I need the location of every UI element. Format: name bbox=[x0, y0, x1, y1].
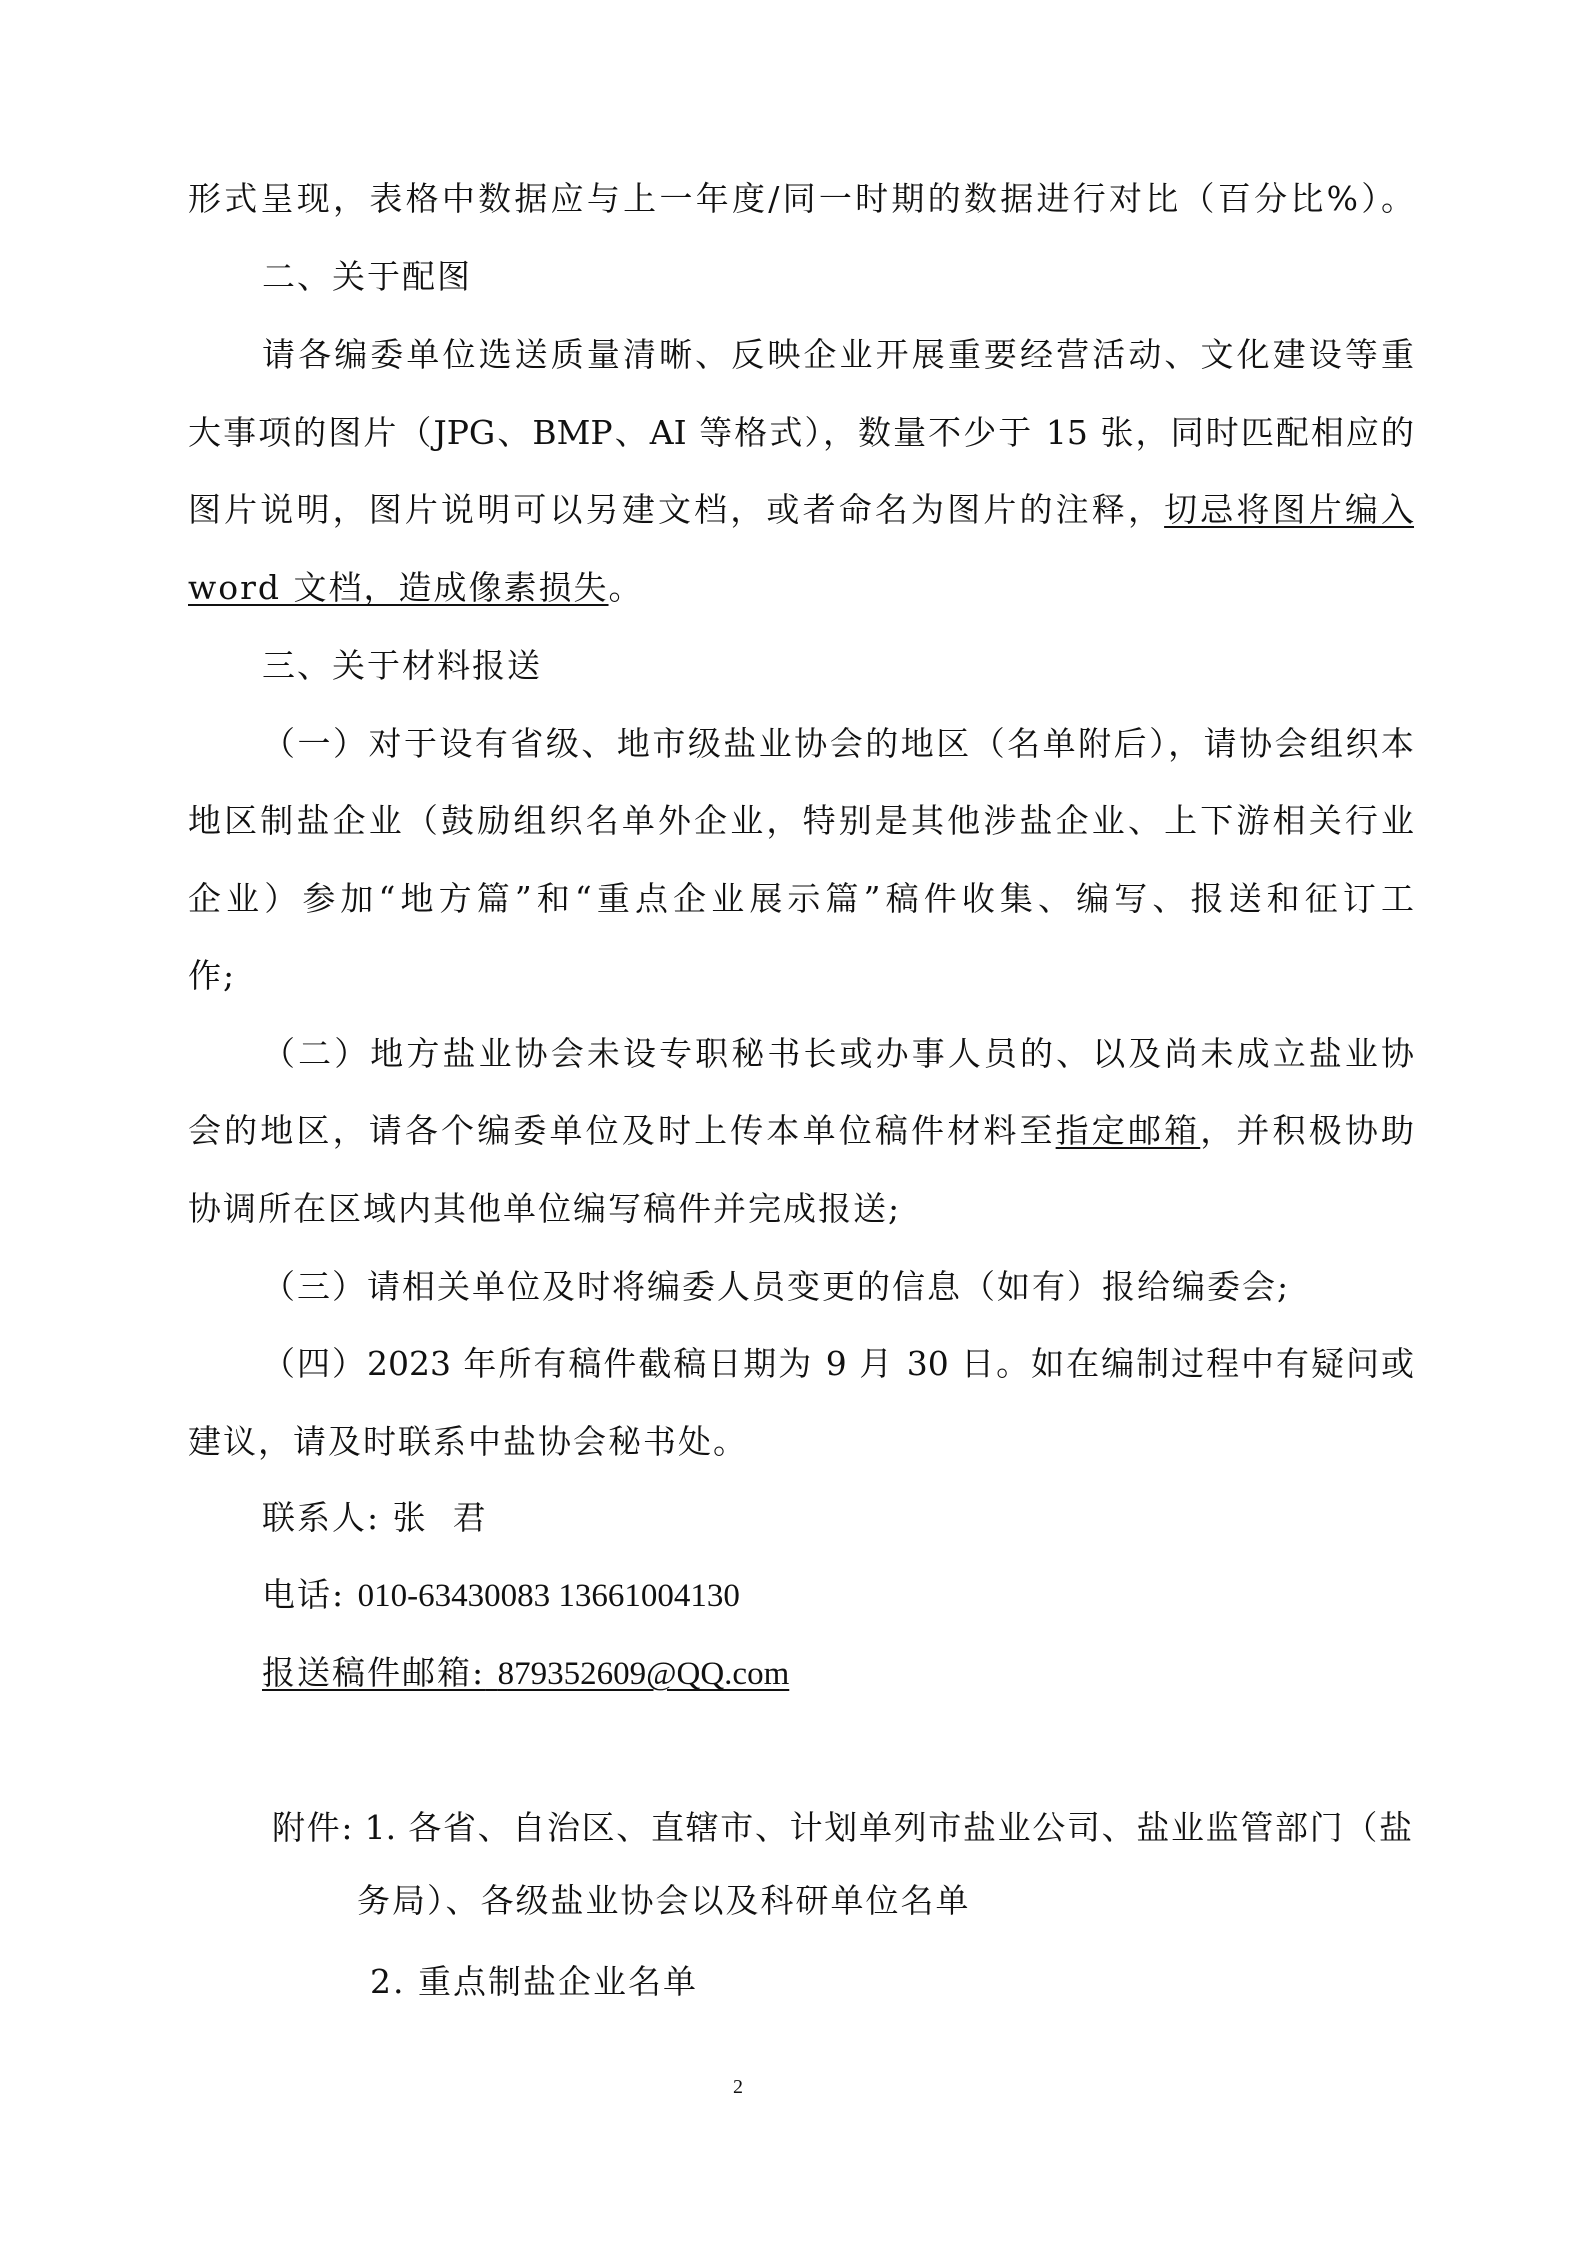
paragraph-line: 形式呈现，表格中数据应与上一年度/同一时期的数据进行对比（百分比%）。 bbox=[188, 180, 1414, 218]
contact-phone-value: 010-63430083 13661004130 bbox=[358, 1578, 740, 1614]
paragraph-line: word 文档，造成像素损失。 bbox=[188, 569, 644, 607]
underlined-designated-mailbox: 指定邮箱 bbox=[1056, 1111, 1201, 1150]
underlined-warning-text: word 文档，造成像素损失 bbox=[188, 568, 609, 607]
paragraph-line: 协调所在区域内其他单位编写稿件并完成报送; bbox=[188, 1190, 901, 1228]
attachment-item-2: 2. 重点制盐企业名单 bbox=[370, 1963, 698, 2001]
paragraph-line: 图片说明，图片说明可以另建文档，或者命名为图片的注释，切忌将图片编入 bbox=[188, 491, 1414, 529]
paragraph-line: 会的地区，请各个编委单位及时上传本单位稿件材料至指定邮箱，并积极协助 bbox=[188, 1112, 1414, 1150]
paragraph-text: 会的地区，请各个编委单位及时上传本单位稿件材料至 bbox=[188, 1111, 1056, 1150]
paragraph-line: 大事项的图片（JPG、BMP、AI 等格式），数量不少于 15 张，同时匹配相应… bbox=[188, 414, 1414, 452]
paragraph-line: 作; bbox=[188, 957, 236, 995]
paragraph-line: 地区制盐企业（鼓励组织名单外企业，特别是其他涉盐企业、上下游相关行业 bbox=[188, 802, 1414, 840]
attachments-label: 附件: bbox=[272, 1808, 352, 1847]
section-heading-images: 二、关于配图 bbox=[262, 258, 472, 296]
paragraph-line: （一）对于设有省级、地市级盐业协会的地区（名单附后），请协会组织本 bbox=[262, 725, 1414, 763]
page-number: 2 bbox=[728, 2076, 748, 2098]
paragraph-line: 请各编委单位选送质量清晰、反映企业开展重要经营活动、文化建设等重 bbox=[262, 336, 1414, 374]
paragraph-line: 建议，请及时联系中盐协会秘书处。 bbox=[188, 1423, 748, 1461]
contact-person-name: 张 君 bbox=[393, 1498, 488, 1537]
contact-email-value[interactable]: 879352609@QQ.com bbox=[498, 1656, 790, 1692]
attachment-item-1: 附件: 1. 各省、自治区、直辖市、计划单列市盐业公司、盐业监管部门（盐 bbox=[272, 1809, 1412, 1847]
paragraph-text: 。 bbox=[609, 568, 644, 607]
contact-person-label: 联系人: bbox=[262, 1498, 380, 1537]
section-heading-submission: 三、关于材料报送 bbox=[262, 647, 542, 685]
paragraph-text: ，并积极协助 bbox=[1200, 1111, 1414, 1150]
paragraph-line: （二）地方盐业协会未设专职秘书长或办事人员的、以及尚未成立盐业协 bbox=[262, 1035, 1414, 1073]
paragraph-line: （四）2023 年所有稿件截稿日期为 9 月 30 日。如在编制过程中有疑问或 bbox=[262, 1345, 1414, 1383]
contact-person: 联系人: 张 君 bbox=[262, 1499, 488, 1537]
paragraph-text: 图片说明，图片说明可以另建文档，或者命名为图片的注释， bbox=[188, 490, 1164, 529]
contact-email: 报送稿件邮箱: 879352609@QQ.com bbox=[262, 1654, 789, 1692]
paragraph-line: 企业）参加“地方篇”和“重点企业展示篇”稿件收集、编写、报送和征订工 bbox=[188, 880, 1414, 918]
document-page: 形式呈现，表格中数据应与上一年度/同一时期的数据进行对比（百分比%）。 二、关于… bbox=[0, 0, 1588, 2245]
attachment-item-1-continued: 务局）、各级盐业协会以及科研单位名单 bbox=[357, 1882, 971, 1920]
contact-phone-label: 电话: bbox=[262, 1575, 345, 1614]
paragraph-line: （三）请相关单位及时将编委人员变更的信息（如有）报给编委会; bbox=[262, 1268, 1290, 1306]
contact-email-label: 报送稿件邮箱: bbox=[262, 1653, 485, 1692]
contact-phone: 电话: 010-63430083 13661004130 bbox=[262, 1576, 740, 1614]
contact-email-line[interactable]: 报送稿件邮箱: 879352609@QQ.com bbox=[262, 1653, 789, 1692]
attachment-item-1-text: 1. 各省、自治区、直辖市、计划单列市盐业公司、盐业监管部门（盐 bbox=[365, 1808, 1412, 1847]
underlined-warning-text: 切忌将图片编入 bbox=[1164, 490, 1414, 529]
